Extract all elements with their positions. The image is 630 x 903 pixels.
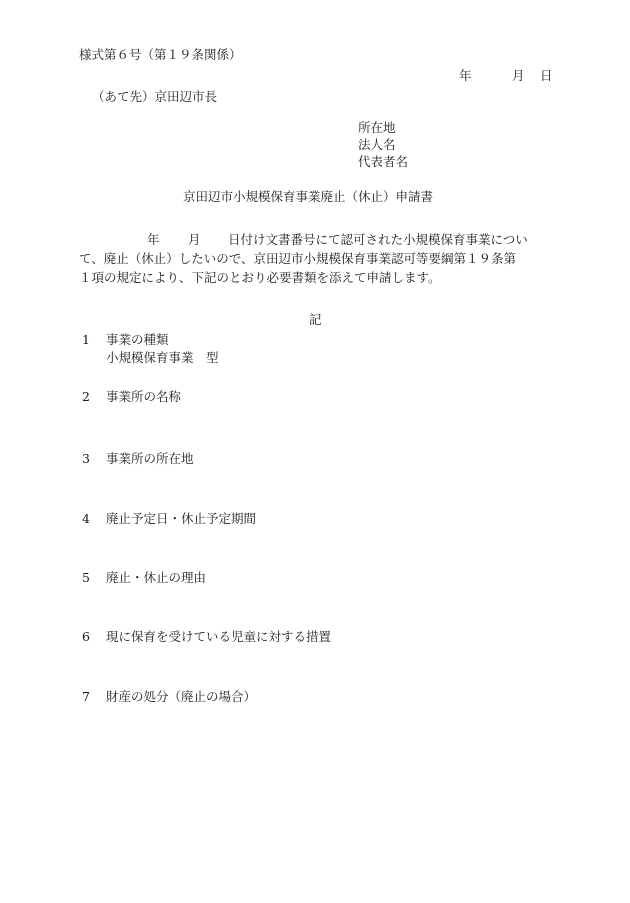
item-number-4: 4 [82,511,90,527]
document-title: 京田辺市小規模保育事業廃止（休止）申請書 [183,189,433,205]
item-label-2: 事業所の名称 [106,389,181,405]
item-label-4: 廃止予定日・休止予定期間 [106,511,256,527]
form-number: 様式第６号（第１９条関係） [79,47,242,63]
item-number-6: 6 [82,629,90,645]
applicant-address-label: 所在地 [358,120,396,136]
item-number-5: 5 [82,570,90,586]
item-number-7: 7 [82,689,90,705]
date-day-label: 日 [540,68,553,84]
item-number-2: 2 [82,389,90,405]
item-number-1: 1 [82,332,90,348]
applicant-representative-label: 代表者名 [358,154,408,170]
body-line-2: て、廃止（休止）したいので、京田辺市小規模保育事業認可等要綱第１９条第 [79,251,516,267]
body-line-3: １項の規定により、下記のとおり必要書類を添えて申請します。 [79,270,441,286]
item-label-1: 事業の種類 [106,332,169,348]
item-number-3: 3 [82,451,90,467]
body-year-label: 年 [147,232,160,248]
item-label-7: 財産の処分（廃止の場合） [106,689,256,705]
item-label-6: 現に保育を受けている児童に対する措置 [106,629,331,645]
item-label-5: 廃止・休止の理由 [106,570,206,586]
item-label-3: 事業所の所在地 [106,451,194,467]
item-sub-1: 小規模保育事業 型 [106,350,219,366]
applicant-corporation-label: 法人名 [358,137,396,153]
date-month-label: 月 [512,68,525,84]
addressee: （あて先）京田辺市長 [92,89,217,105]
body-month-label: 月 [188,232,201,248]
document-page: 様式第６号（第１９条関係） 年 月 日 （あて先）京田辺市長 所在地 法人名 代… [0,0,630,903]
date-year-label: 年 [459,68,472,84]
ki-heading: 記 [309,312,322,328]
body-line-1: 日付け文書番号にて認可された小規模保育事業につい [228,232,528,248]
